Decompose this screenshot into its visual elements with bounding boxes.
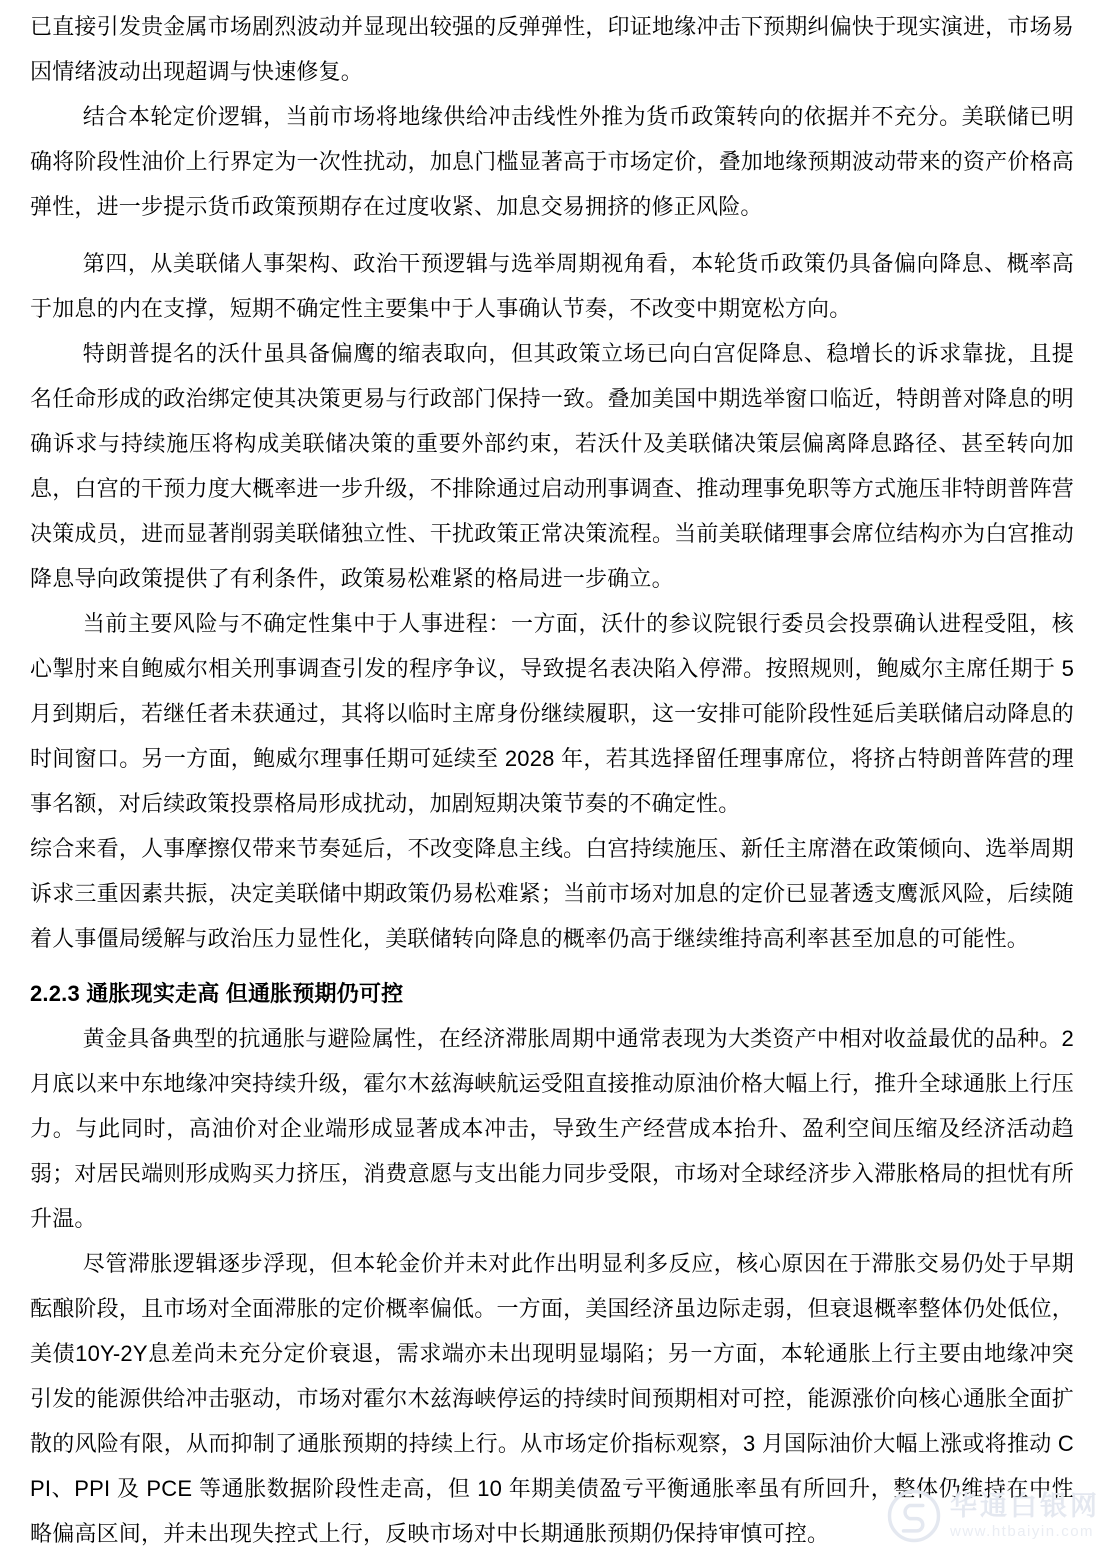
paragraph-gold-stagflation: 黄金具备典型的抗通胀与避险属性，在经济滞胀周期中通常表现为大类资产中相对收益最优… [30,1016,1074,1241]
paragraph-warsh-nomination: 特朗普提名的沃什虽具备偏鹰的缩表取向，但其政策立场已向白宫促降息、稳增长的诉求靠… [30,331,1074,601]
paragraph-pricing-logic: 结合本轮定价逻辑，当前市场将地缘供给冲击线性外推为货币政策转向的依据并不充分。美… [30,94,1074,229]
paragraph-personnel-risk: 当前主要风险与不确定性集中于人事进程：一方面，沃什的参议院银行委员会投票确认进程… [30,601,1074,826]
document-page: 已直接引发贵金属市场剧烈波动并显现出较强的反弹弹性，印证地缘冲击下预期纠偏快于现… [0,0,1104,1550]
paragraph-summary: 综合来看，人事摩擦仅带来节奏延后，不改变降息主线。白宫持续施压、新任主席潜在政策… [30,826,1074,961]
paragraph-point-four: 第四，从美联储人事架构、政治干预逻辑与选举周期视角看，本轮货币政策仍具备偏向降息… [30,241,1074,331]
paragraph-inflation-expectation: 尽管滞胀逻辑逐步浮现，但本轮金价并未对此作出明显利多反应，核心原因在于滞胀交易仍… [30,1241,1074,1550]
section-heading: 2.2.3 通胀现实走高 但通胀预期仍可控 [30,971,1074,1016]
paragraph-continuation: 已直接引发贵金属市场剧烈波动并显现出较强的反弹弹性，印证地缘冲击下预期纠偏快于现… [30,4,1074,94]
